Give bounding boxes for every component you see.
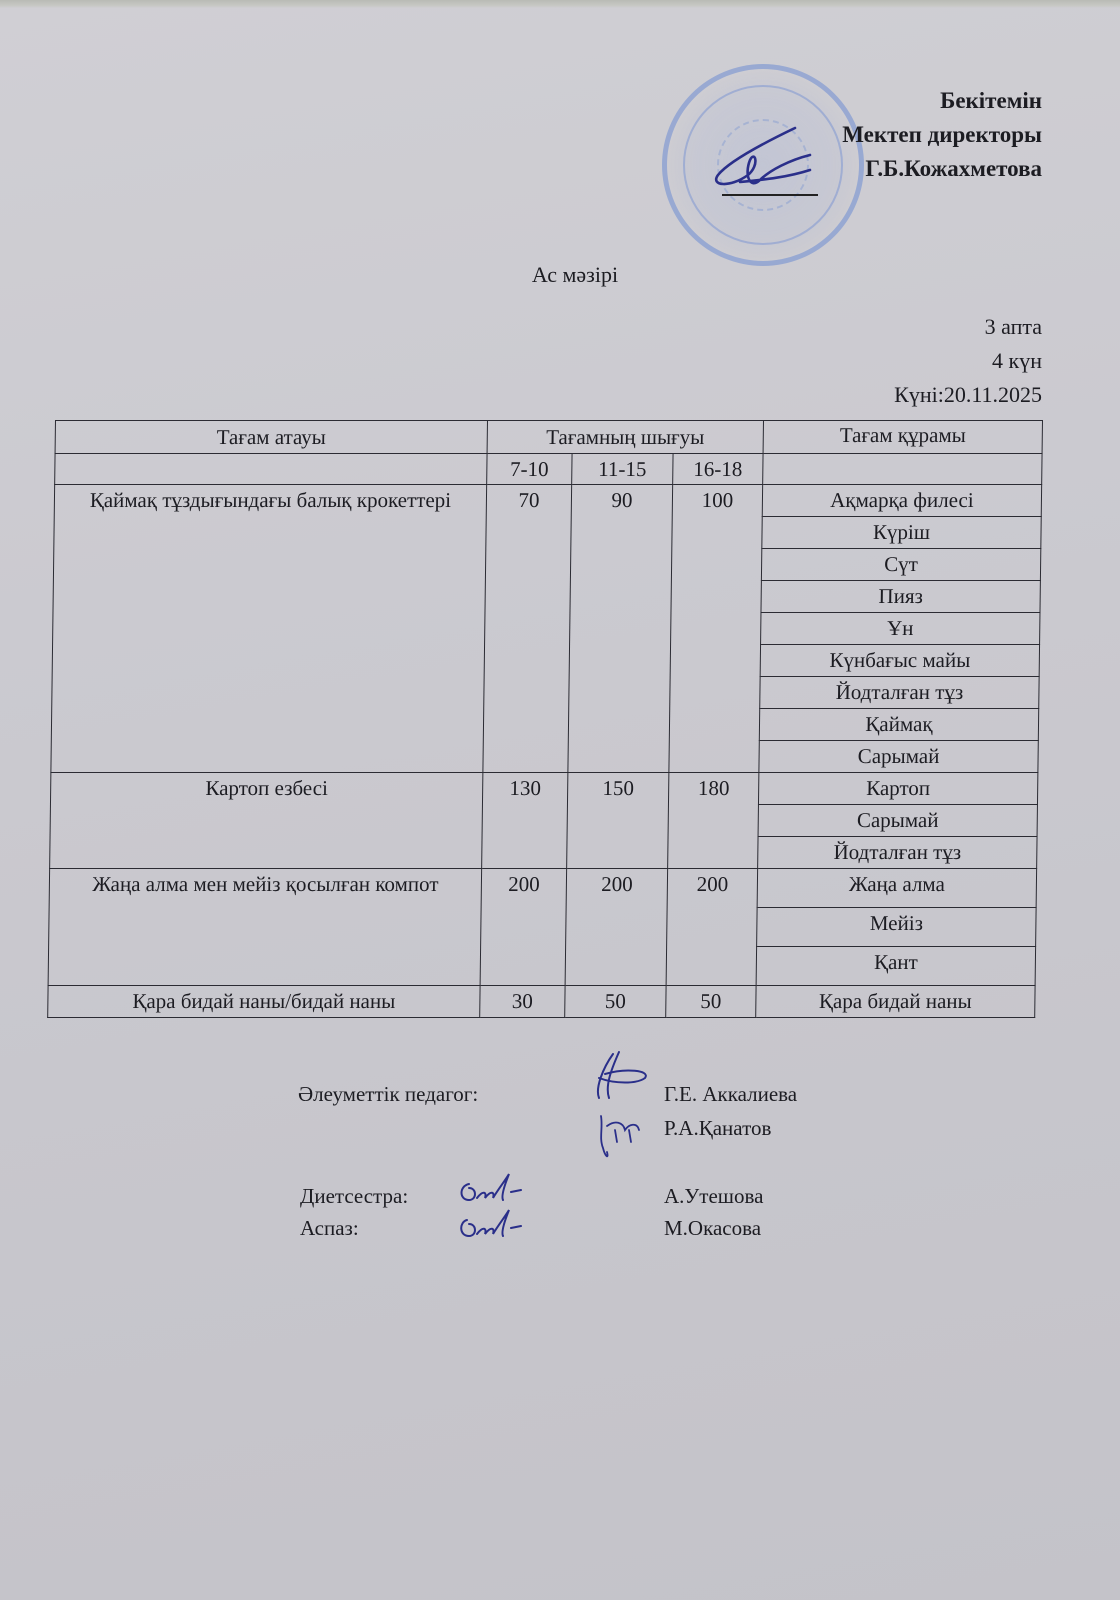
approval-title: Бекітемін [842, 84, 1042, 118]
approval-block: Бекітемін Мектеп директоры Г.Б.Кожахмето… [842, 84, 1042, 186]
dish-name: Жаңа алма мен мейіз қосылған компот [48, 869, 482, 986]
social-pedagogue-label: Әлеуметтік педагог: [298, 1082, 478, 1107]
table-row: Қара бидай наны/бидай наны305050Қара бид… [48, 986, 1035, 1018]
table-header-row: Тағам атауы Тағамның шығуы Тағам құрамы [55, 421, 1042, 454]
dish-yield: 200 [480, 869, 567, 986]
director-signature-icon [700, 120, 850, 200]
ingredient: Қант [756, 947, 1036, 986]
dish-name: Қаймақ тұздығындағы балық крокеттері [51, 485, 487, 773]
social-pedagogue-signature-icon [585, 1048, 655, 1103]
approval-director-name: Г.Б.Кожахметова [842, 152, 1042, 186]
dish-name: Қара бидай наны/бидай наны [48, 986, 480, 1018]
date-label: Күні:20.11.2025 [894, 378, 1042, 412]
dish-yield: 150 [567, 773, 669, 869]
ingredient: Ұн [761, 613, 1040, 645]
ingredient: Жаңа алма [757, 869, 1037, 908]
header-age-group: 7-10 [487, 454, 572, 485]
cook-label: Аспаз: [300, 1216, 359, 1241]
dish-yield: 30 [480, 986, 565, 1018]
dish-yield: 90 [568, 485, 673, 773]
table-age-row: 7-10 11-15 16-18 [55, 454, 1042, 485]
social-pedagogue-2-signature-icon [595, 1108, 645, 1163]
social-pedagogue-name-2: Р.А.Қанатов [664, 1116, 771, 1141]
header-yield: Тағамның шығуы [487, 421, 763, 454]
day-label: 4 күн [894, 344, 1042, 378]
table-row: Жаңа алма мен мейіз қосылған компот20020… [49, 869, 1037, 908]
ingredient: Ақмарқа филесі [762, 485, 1041, 517]
ingredient: Йодталған тұз [758, 837, 1037, 869]
paper-top-edge [0, 0, 1120, 8]
ingredient: Сарымай [759, 741, 1038, 773]
dietitian-label: Диетсестра: [300, 1184, 408, 1209]
ingredient: Қаймақ [759, 709, 1038, 741]
signature-line [722, 194, 818, 196]
dish-yield: 130 [482, 773, 568, 869]
ingredient: Пияз [761, 581, 1040, 613]
ingredient: Сарымай [758, 805, 1037, 837]
dietitian-name: А.Утешова [664, 1184, 763, 1209]
header-composition: Тағам құрамы [763, 421, 1042, 454]
ingredient: Күнбағыс майы [760, 645, 1039, 677]
dish-name: Картоп езбесі [50, 773, 483, 869]
header-dish-name: Тағам атауы [55, 421, 487, 454]
social-pedagogue-name-1: Г.Е. Аккалиева [664, 1082, 797, 1107]
page-title: Ас мәзірі [0, 262, 1120, 288]
ingredient: Мейіз [757, 908, 1037, 947]
table-row: Картоп езбесі130150180Картоп [50, 773, 1037, 805]
ingredient: Қара бидай наны [756, 986, 1035, 1018]
ingredient: Йодталған тұз [760, 677, 1039, 709]
dish-yield: 200 [565, 869, 668, 986]
ingredient: Картоп [758, 773, 1037, 805]
ingredient: Сүт [761, 549, 1040, 581]
ingredient: Күріш [762, 517, 1041, 549]
table-row: Қаймақ тұздығындағы балық крокеттері7090… [54, 485, 1041, 517]
dish-yield: 180 [668, 773, 759, 869]
header-empty [55, 454, 487, 485]
menu-table: Тағам атауы Тағамның шығуы Тағам құрамы … [47, 420, 1043, 1018]
dish-yield: 70 [483, 485, 572, 773]
dish-yield: 50 [565, 986, 666, 1018]
week-label: 3 апта [894, 310, 1042, 344]
cook-name: М.Окасова [664, 1216, 761, 1241]
cook-signature-icon [455, 1204, 535, 1244]
header-age-group: 16-18 [673, 454, 763, 485]
menu-meta: 3 апта 4 күн Күні:20.11.2025 [894, 310, 1042, 412]
dish-yield: 50 [666, 986, 756, 1018]
approval-position: Мектеп директоры [842, 118, 1042, 152]
header-empty [763, 454, 1042, 485]
header-age-group: 11-15 [572, 454, 673, 485]
dish-yield: 100 [669, 485, 763, 773]
dish-yield: 200 [666, 869, 758, 986]
